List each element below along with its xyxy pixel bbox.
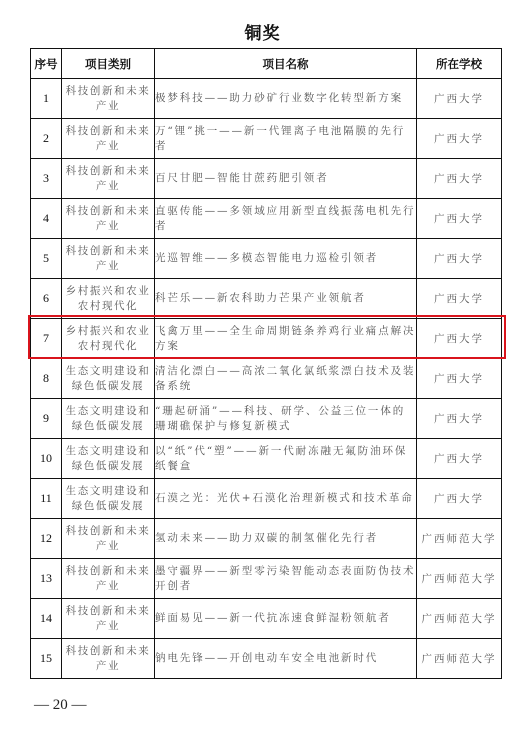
row-school: 广西大学 bbox=[417, 159, 502, 199]
row-project-name: 极梦科技——助力砂矿行业数字化转型新方案 bbox=[155, 79, 417, 119]
row-no: 10 bbox=[31, 439, 62, 479]
table-row: 3科技创新和未来产业百尺甘肥—智能甘蔗药肥引领者广西大学 bbox=[31, 159, 502, 199]
row-project-name: 鲜面易见——新一代抗冻速食鲜湿粉领航者 bbox=[155, 599, 417, 639]
row-project-name: 万“锂”挑一——新一代锂离子电池隔膜的先行者 bbox=[155, 119, 417, 159]
row-category: 科技创新和未来产业 bbox=[62, 599, 155, 639]
row-school: 广西师范大学 bbox=[417, 639, 502, 679]
table-row: 5科技创新和未来产业光巡智维——多模态智能电力巡检引领者广西大学 bbox=[31, 239, 502, 279]
row-no: 7 bbox=[31, 319, 62, 359]
row-no: 5 bbox=[31, 239, 62, 279]
row-no: 8 bbox=[31, 359, 62, 399]
row-category: 生态文明建设和绿色低碳发展 bbox=[62, 479, 155, 519]
row-no: 6 bbox=[31, 279, 62, 319]
row-project-name: 百尺甘肥—智能甘蔗药肥引领者 bbox=[155, 159, 417, 199]
table-row-highlighted: 7乡村振兴和农业农村现代化飞禽万里——全生命周期链条养鸡行业痛点解决方案广西大学 bbox=[31, 319, 502, 359]
table-row: 4科技创新和未来产业直驱传能——多领域应用新型直线振荡电机先行者广西大学 bbox=[31, 199, 502, 239]
row-category: 生态文明建设和绿色低碳发展 bbox=[62, 439, 155, 479]
row-category: 科技创新和未来产业 bbox=[62, 519, 155, 559]
header-project-name: 项目名称 bbox=[155, 49, 417, 79]
row-no: 1 bbox=[31, 79, 62, 119]
table-row: 10生态文明建设和绿色低碳发展以“纸”代“塑”——新一代耐冻融无氟防油环保纸餐盒… bbox=[31, 439, 502, 479]
row-project-name: 钠电先锋——开创电动车安全电池新时代 bbox=[155, 639, 417, 679]
row-category: 生态文明建设和绿色低碳发展 bbox=[62, 359, 155, 399]
page-number: — 20 — bbox=[34, 697, 87, 714]
row-no: 9 bbox=[31, 399, 62, 439]
row-project-name: 石漠之光：光伏+石漠化治理新模式和技术革命 bbox=[155, 479, 417, 519]
row-school: 广西大学 bbox=[417, 79, 502, 119]
row-project-name: 光巡智维——多模态智能电力巡检引领者 bbox=[155, 239, 417, 279]
row-school: 广西大学 bbox=[417, 279, 502, 319]
header-no: 序号 bbox=[31, 49, 62, 79]
row-school: 广西大学 bbox=[417, 319, 502, 359]
row-school: 广西大学 bbox=[417, 199, 502, 239]
row-category: 乡村振兴和农业农村现代化 bbox=[62, 279, 155, 319]
row-school: 广西大学 bbox=[417, 239, 502, 279]
row-project-name: 墨守疆界——新型零污染智能动态表面防伪技术开创者 bbox=[155, 559, 417, 599]
row-school: 广西大学 bbox=[417, 479, 502, 519]
table-row: 15科技创新和未来产业钠电先锋——开创电动车安全电池新时代广西师范大学 bbox=[31, 639, 502, 679]
row-category: 科技创新和未来产业 bbox=[62, 159, 155, 199]
page-title: 铜奖 bbox=[0, 19, 525, 44]
row-category: 科技创新和未来产业 bbox=[62, 239, 155, 279]
row-no: 12 bbox=[31, 519, 62, 559]
table-row: 6乡村振兴和农业农村现代化科芒乐——新农科助力芒果产业领航者广西大学 bbox=[31, 279, 502, 319]
row-school: 广西师范大学 bbox=[417, 559, 502, 599]
row-school: 广西大学 bbox=[417, 359, 502, 399]
table-row: 14科技创新和未来产业鲜面易见——新一代抗冻速食鲜湿粉领航者广西师范大学 bbox=[31, 599, 502, 639]
table-row: 12科技创新和未来产业氢动未来——助力双碳的制氢催化先行者广西师范大学 bbox=[31, 519, 502, 559]
table-row: 11生态文明建设和绿色低碳发展石漠之光：光伏+石漠化治理新模式和技术革命广西大学 bbox=[31, 479, 502, 519]
row-no: 2 bbox=[31, 119, 62, 159]
row-category: 科技创新和未来产业 bbox=[62, 199, 155, 239]
header-category: 项目类别 bbox=[62, 49, 155, 79]
row-project-name: 清洁化漂白——高浓二氧化氯纸浆漂白技术及装备系统 bbox=[155, 359, 417, 399]
row-project-name: 氢动未来——助力双碳的制氢催化先行者 bbox=[155, 519, 417, 559]
row-project-name: 飞禽万里——全生命周期链条养鸡行业痛点解决方案 bbox=[155, 319, 417, 359]
table-row: 9生态文明建设和绿色低碳发展“珊起研涌”——科技、研学、公益三位一体的珊瑚礁保护… bbox=[31, 399, 502, 439]
row-no: 13 bbox=[31, 559, 62, 599]
row-no: 3 bbox=[31, 159, 62, 199]
row-category: 生态文明建设和绿色低碳发展 bbox=[62, 399, 155, 439]
row-school: 广西大学 bbox=[417, 439, 502, 479]
row-project-name: 科芒乐——新农科助力芒果产业领航者 bbox=[155, 279, 417, 319]
row-school: 广西大学 bbox=[417, 399, 502, 439]
table-header-row: 序号 项目类别 项目名称 所在学校 bbox=[31, 49, 502, 79]
row-category: 乡村振兴和农业农村现代化 bbox=[62, 319, 155, 359]
header-school: 所在学校 bbox=[417, 49, 502, 79]
row-category: 科技创新和未来产业 bbox=[62, 119, 155, 159]
row-category: 科技创新和未来产业 bbox=[62, 79, 155, 119]
row-project-name: 以“纸”代“塑”——新一代耐冻融无氟防油环保纸餐盒 bbox=[155, 439, 417, 479]
row-category: 科技创新和未来产业 bbox=[62, 559, 155, 599]
row-school: 广西师范大学 bbox=[417, 519, 502, 559]
table-row: 1科技创新和未来产业极梦科技——助力砂矿行业数字化转型新方案广西大学 bbox=[31, 79, 502, 119]
row-no: 14 bbox=[31, 599, 62, 639]
table-row: 13科技创新和未来产业墨守疆界——新型零污染智能动态表面防伪技术开创者广西师范大… bbox=[31, 559, 502, 599]
table-row: 8生态文明建设和绿色低碳发展清洁化漂白——高浓二氧化氯纸浆漂白技术及装备系统广西… bbox=[31, 359, 502, 399]
row-school: 广西大学 bbox=[417, 119, 502, 159]
table-row: 2科技创新和未来产业万“锂”挑一——新一代锂离子电池隔膜的先行者广西大学 bbox=[31, 119, 502, 159]
award-table: 序号 项目类别 项目名称 所在学校 1科技创新和未来产业极梦科技——助力砂矿行业… bbox=[30, 48, 502, 679]
row-no: 4 bbox=[31, 199, 62, 239]
row-category: 科技创新和未来产业 bbox=[62, 639, 155, 679]
row-no: 11 bbox=[31, 479, 62, 519]
row-school: 广西师范大学 bbox=[417, 599, 502, 639]
row-project-name: 直驱传能——多领域应用新型直线振荡电机先行者 bbox=[155, 199, 417, 239]
row-no: 15 bbox=[31, 639, 62, 679]
row-project-name: “珊起研涌”——科技、研学、公益三位一体的珊瑚礁保护与修复新模式 bbox=[155, 399, 417, 439]
